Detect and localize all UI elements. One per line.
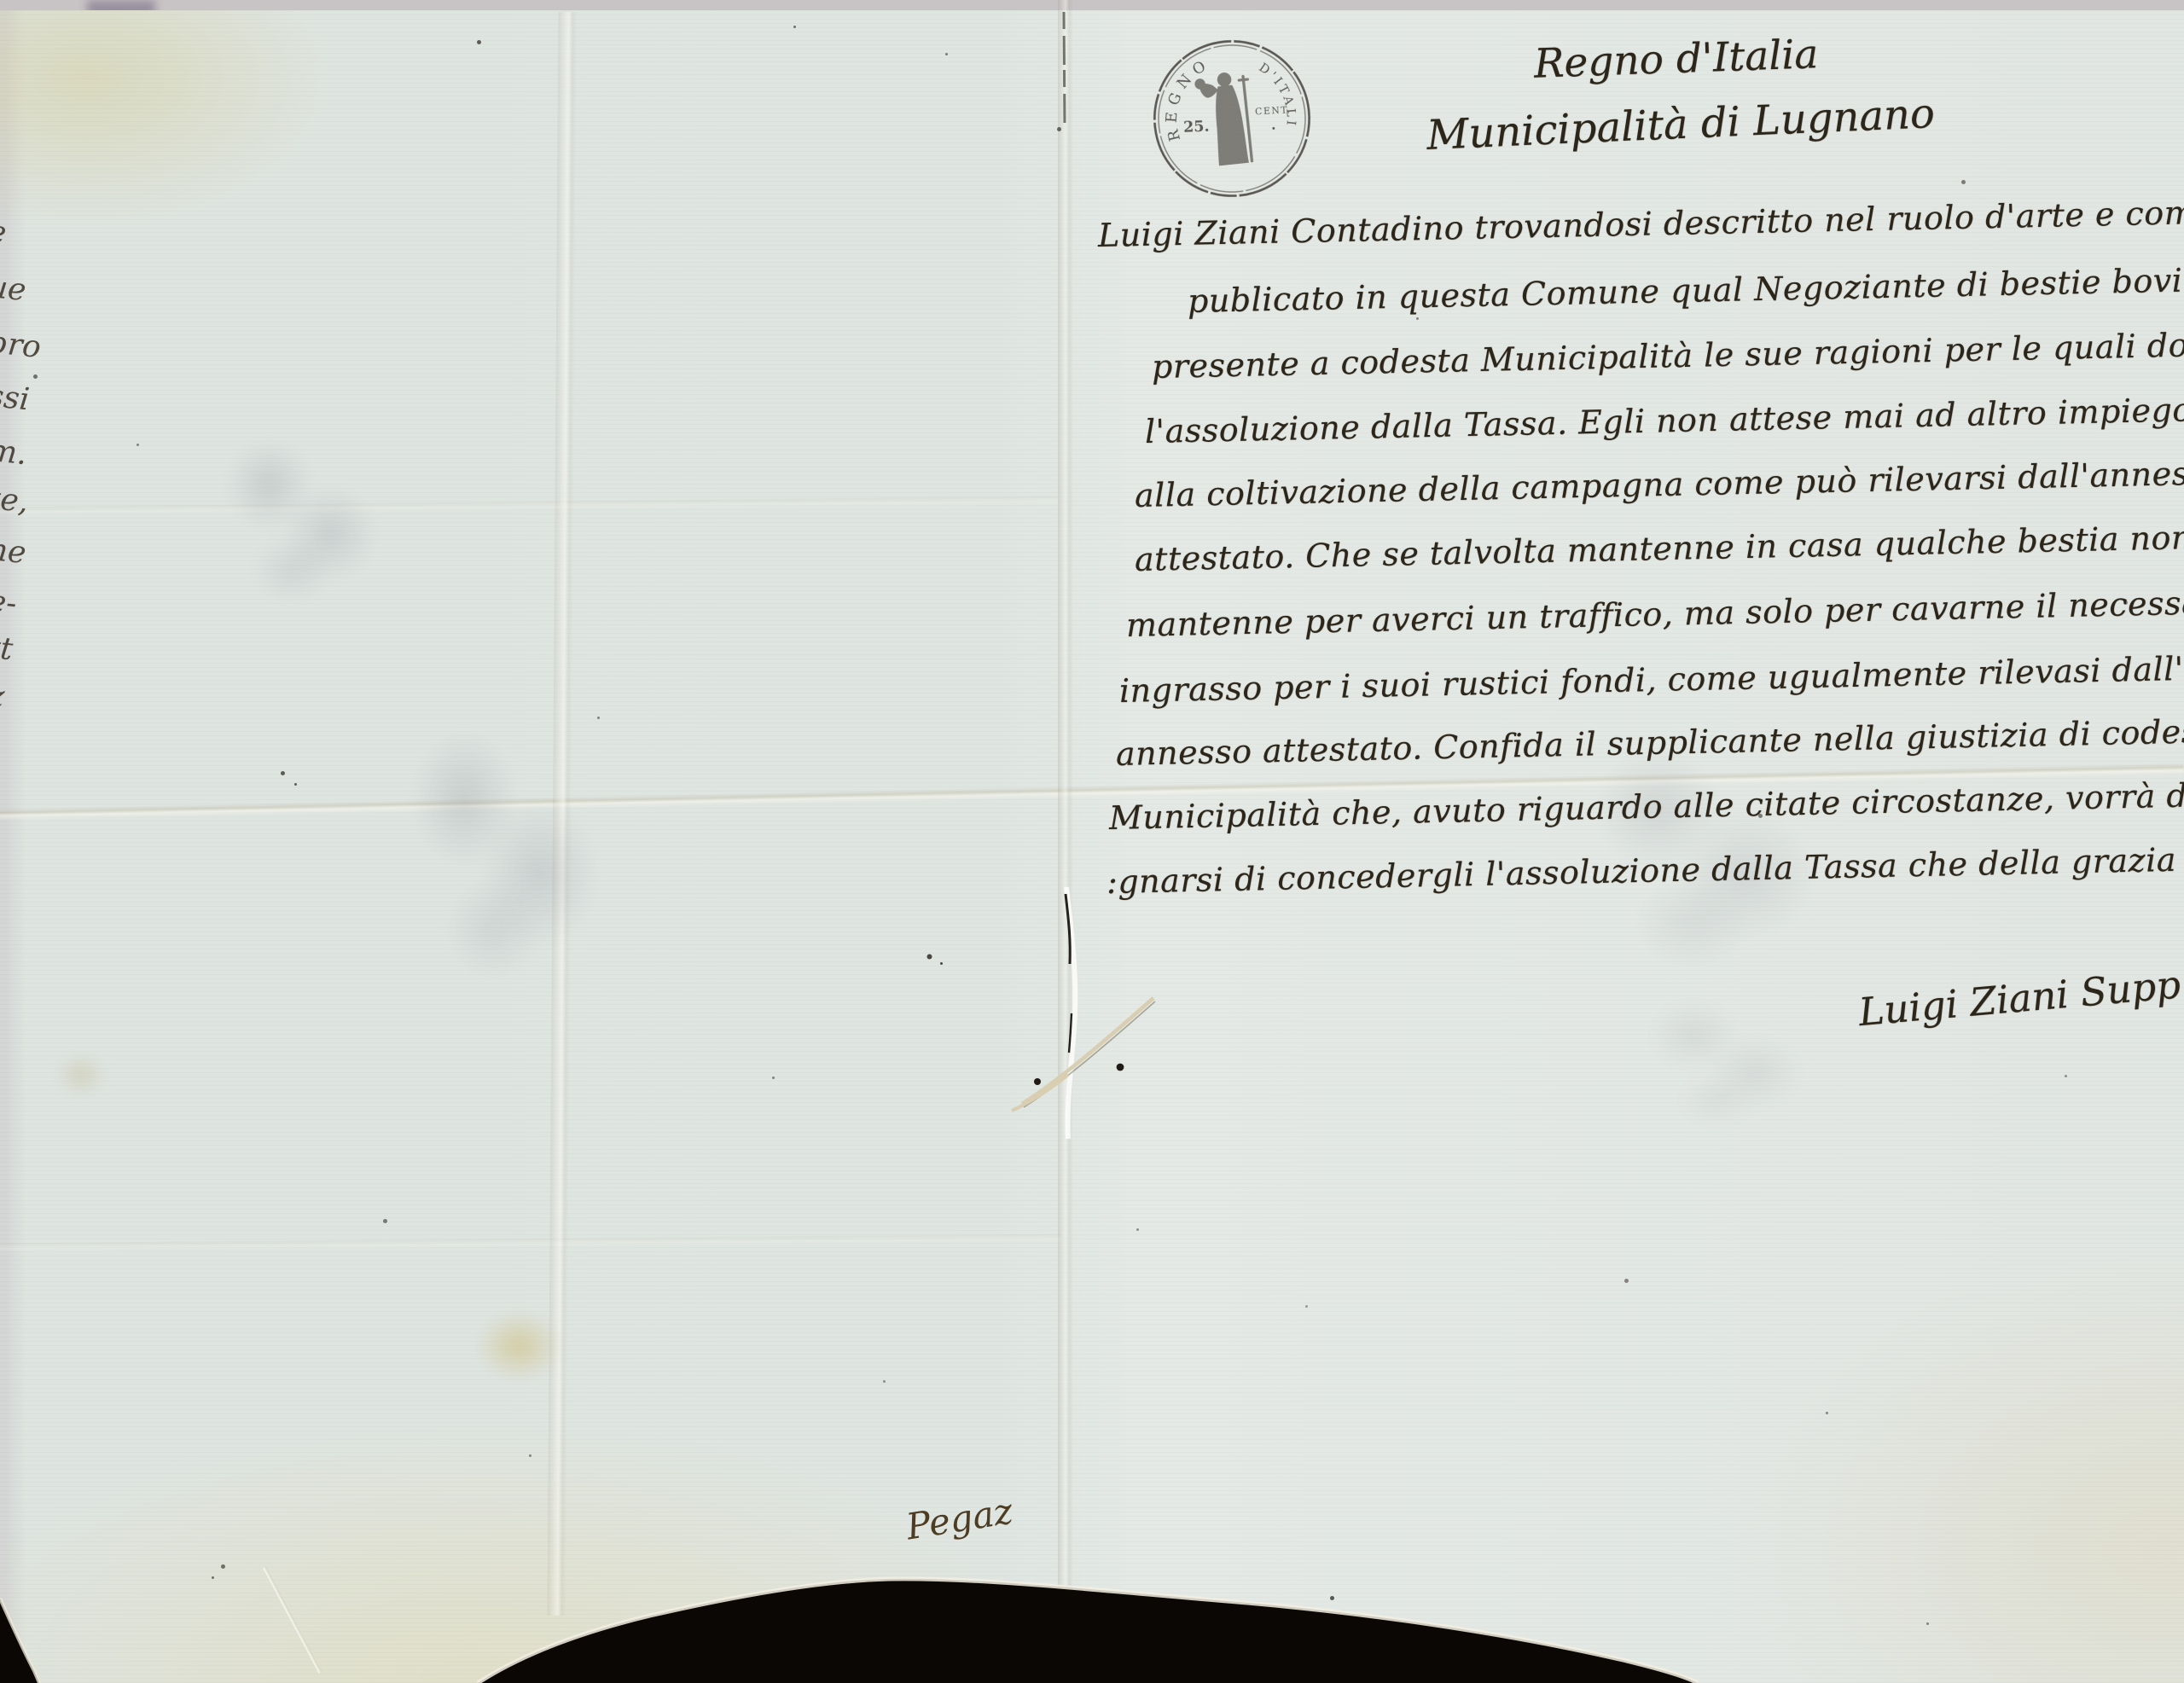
bottom-right-shadow xyxy=(1962,1581,2184,1683)
stitching-thread xyxy=(1022,998,1153,1104)
scanned-document: REGNO D'ITALIA 25. CENT. Regno d'Italia … xyxy=(0,0,2184,1683)
center-fold-top-line xyxy=(1064,12,1065,128)
stitch-hole xyxy=(1034,1078,1041,1085)
stitch-hole xyxy=(1117,1064,1124,1071)
damage-overlay xyxy=(0,0,2184,1683)
torn-edge-backdrop xyxy=(478,1579,1698,1683)
